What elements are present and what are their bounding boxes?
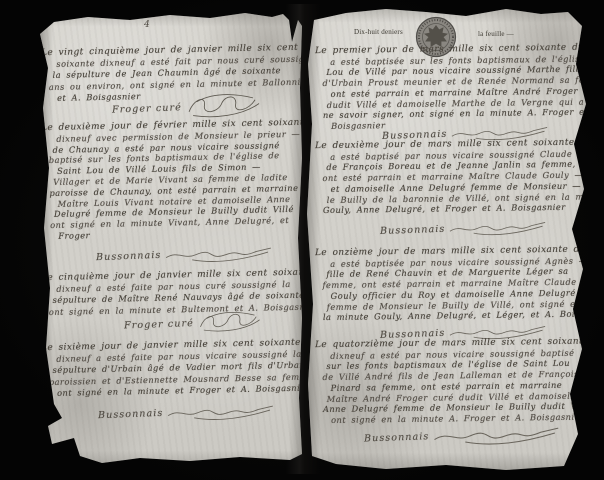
register-entry: Le quatorzième jour de mars mille six ce… bbox=[322, 336, 592, 425]
right-page: Dix-huit deniers la feuille — Le premier… bbox=[306, 4, 592, 476]
signature: Bussonnais bbox=[98, 399, 277, 425]
register-entry: Le onzième jour de mars mille six cent s… bbox=[322, 244, 604, 323]
signature-flourish-icon bbox=[184, 91, 263, 120]
signature-flourish-icon bbox=[196, 309, 263, 335]
signature-flourish-icon bbox=[448, 215, 549, 238]
signature-name: Bussonnais bbox=[96, 249, 162, 262]
signature-flourish-icon bbox=[164, 241, 275, 265]
signature-flourish-icon bbox=[166, 399, 277, 423]
signature-name: Bussonnais bbox=[364, 431, 430, 444]
register-entry: Le premier jour de mars mille six cent s… bbox=[322, 42, 604, 132]
sheet-label: la feuille — bbox=[478, 30, 514, 38]
register-entry: Le deuxième jour de mars mille six cent … bbox=[322, 137, 604, 216]
manuscript-line: la minute Gouly, Anne Delugré, et Léger,… bbox=[323, 308, 604, 323]
register-entry: Le deuxième jour de février mille six ce… bbox=[48, 118, 312, 242]
signature-flourish-icon bbox=[432, 420, 563, 449]
page-number: 4 bbox=[144, 20, 150, 30]
register-entry: Le sixième jour de janvier mille six cen… bbox=[48, 337, 314, 399]
signature-name: Bussonnais bbox=[380, 223, 446, 236]
signature: Bussonnais bbox=[96, 241, 275, 267]
signature-name: Froger curé bbox=[124, 317, 194, 330]
signature: Froger curé bbox=[124, 309, 264, 338]
left-page: 4 Le vingt cinquième jour de janvier mil… bbox=[40, 8, 302, 474]
manuscript-line: Gouly, Anne Delugré, et Froger et A. Boi… bbox=[323, 201, 604, 216]
scan-background: 4 Le vingt cinquième jour de janvier mil… bbox=[0, 0, 604, 480]
signature-name: Froger curé bbox=[112, 102, 182, 115]
signature: Froger curé bbox=[112, 91, 264, 122]
stamp-duty-label: Dix-huit deniers bbox=[354, 28, 403, 36]
signature: Bussonnais bbox=[380, 215, 549, 241]
signature-name: Bussonnais bbox=[98, 407, 164, 420]
